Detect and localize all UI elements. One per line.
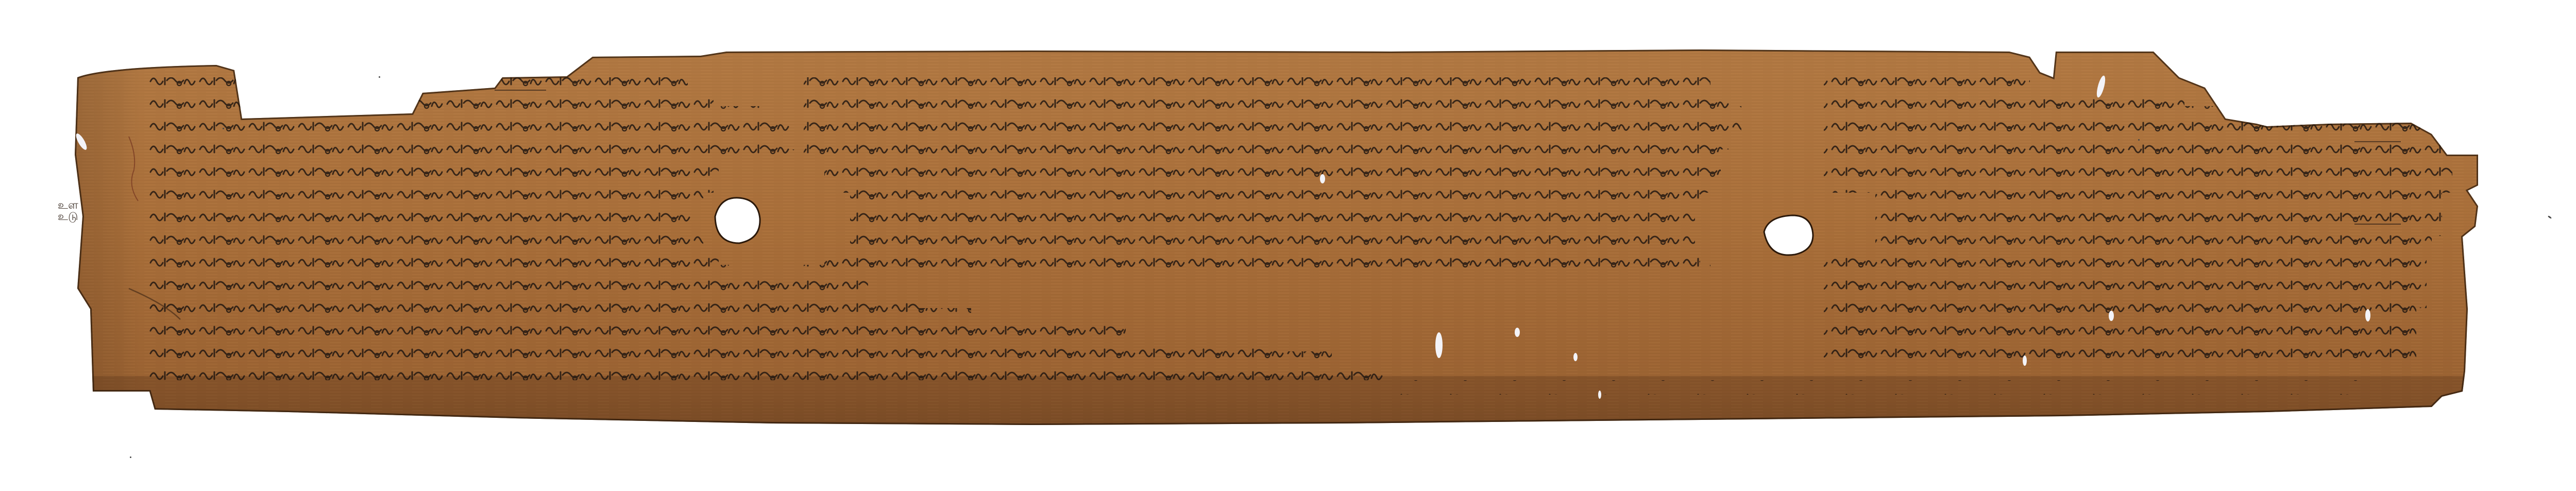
dust-speck	[379, 76, 380, 78]
dust-speck	[223, 128, 224, 129]
binding-hole-right	[1764, 215, 1813, 255]
margin-note: உள உடு	[58, 200, 89, 223]
palm-leaf	[0, 0, 2576, 491]
dust-speck	[130, 456, 131, 458]
dust-speck	[2138, 139, 2140, 141]
scan-canvas: உள உடு 305	[0, 0, 2576, 491]
binding-hole-left	[715, 198, 760, 243]
text-block-right	[1824, 77, 2452, 366]
